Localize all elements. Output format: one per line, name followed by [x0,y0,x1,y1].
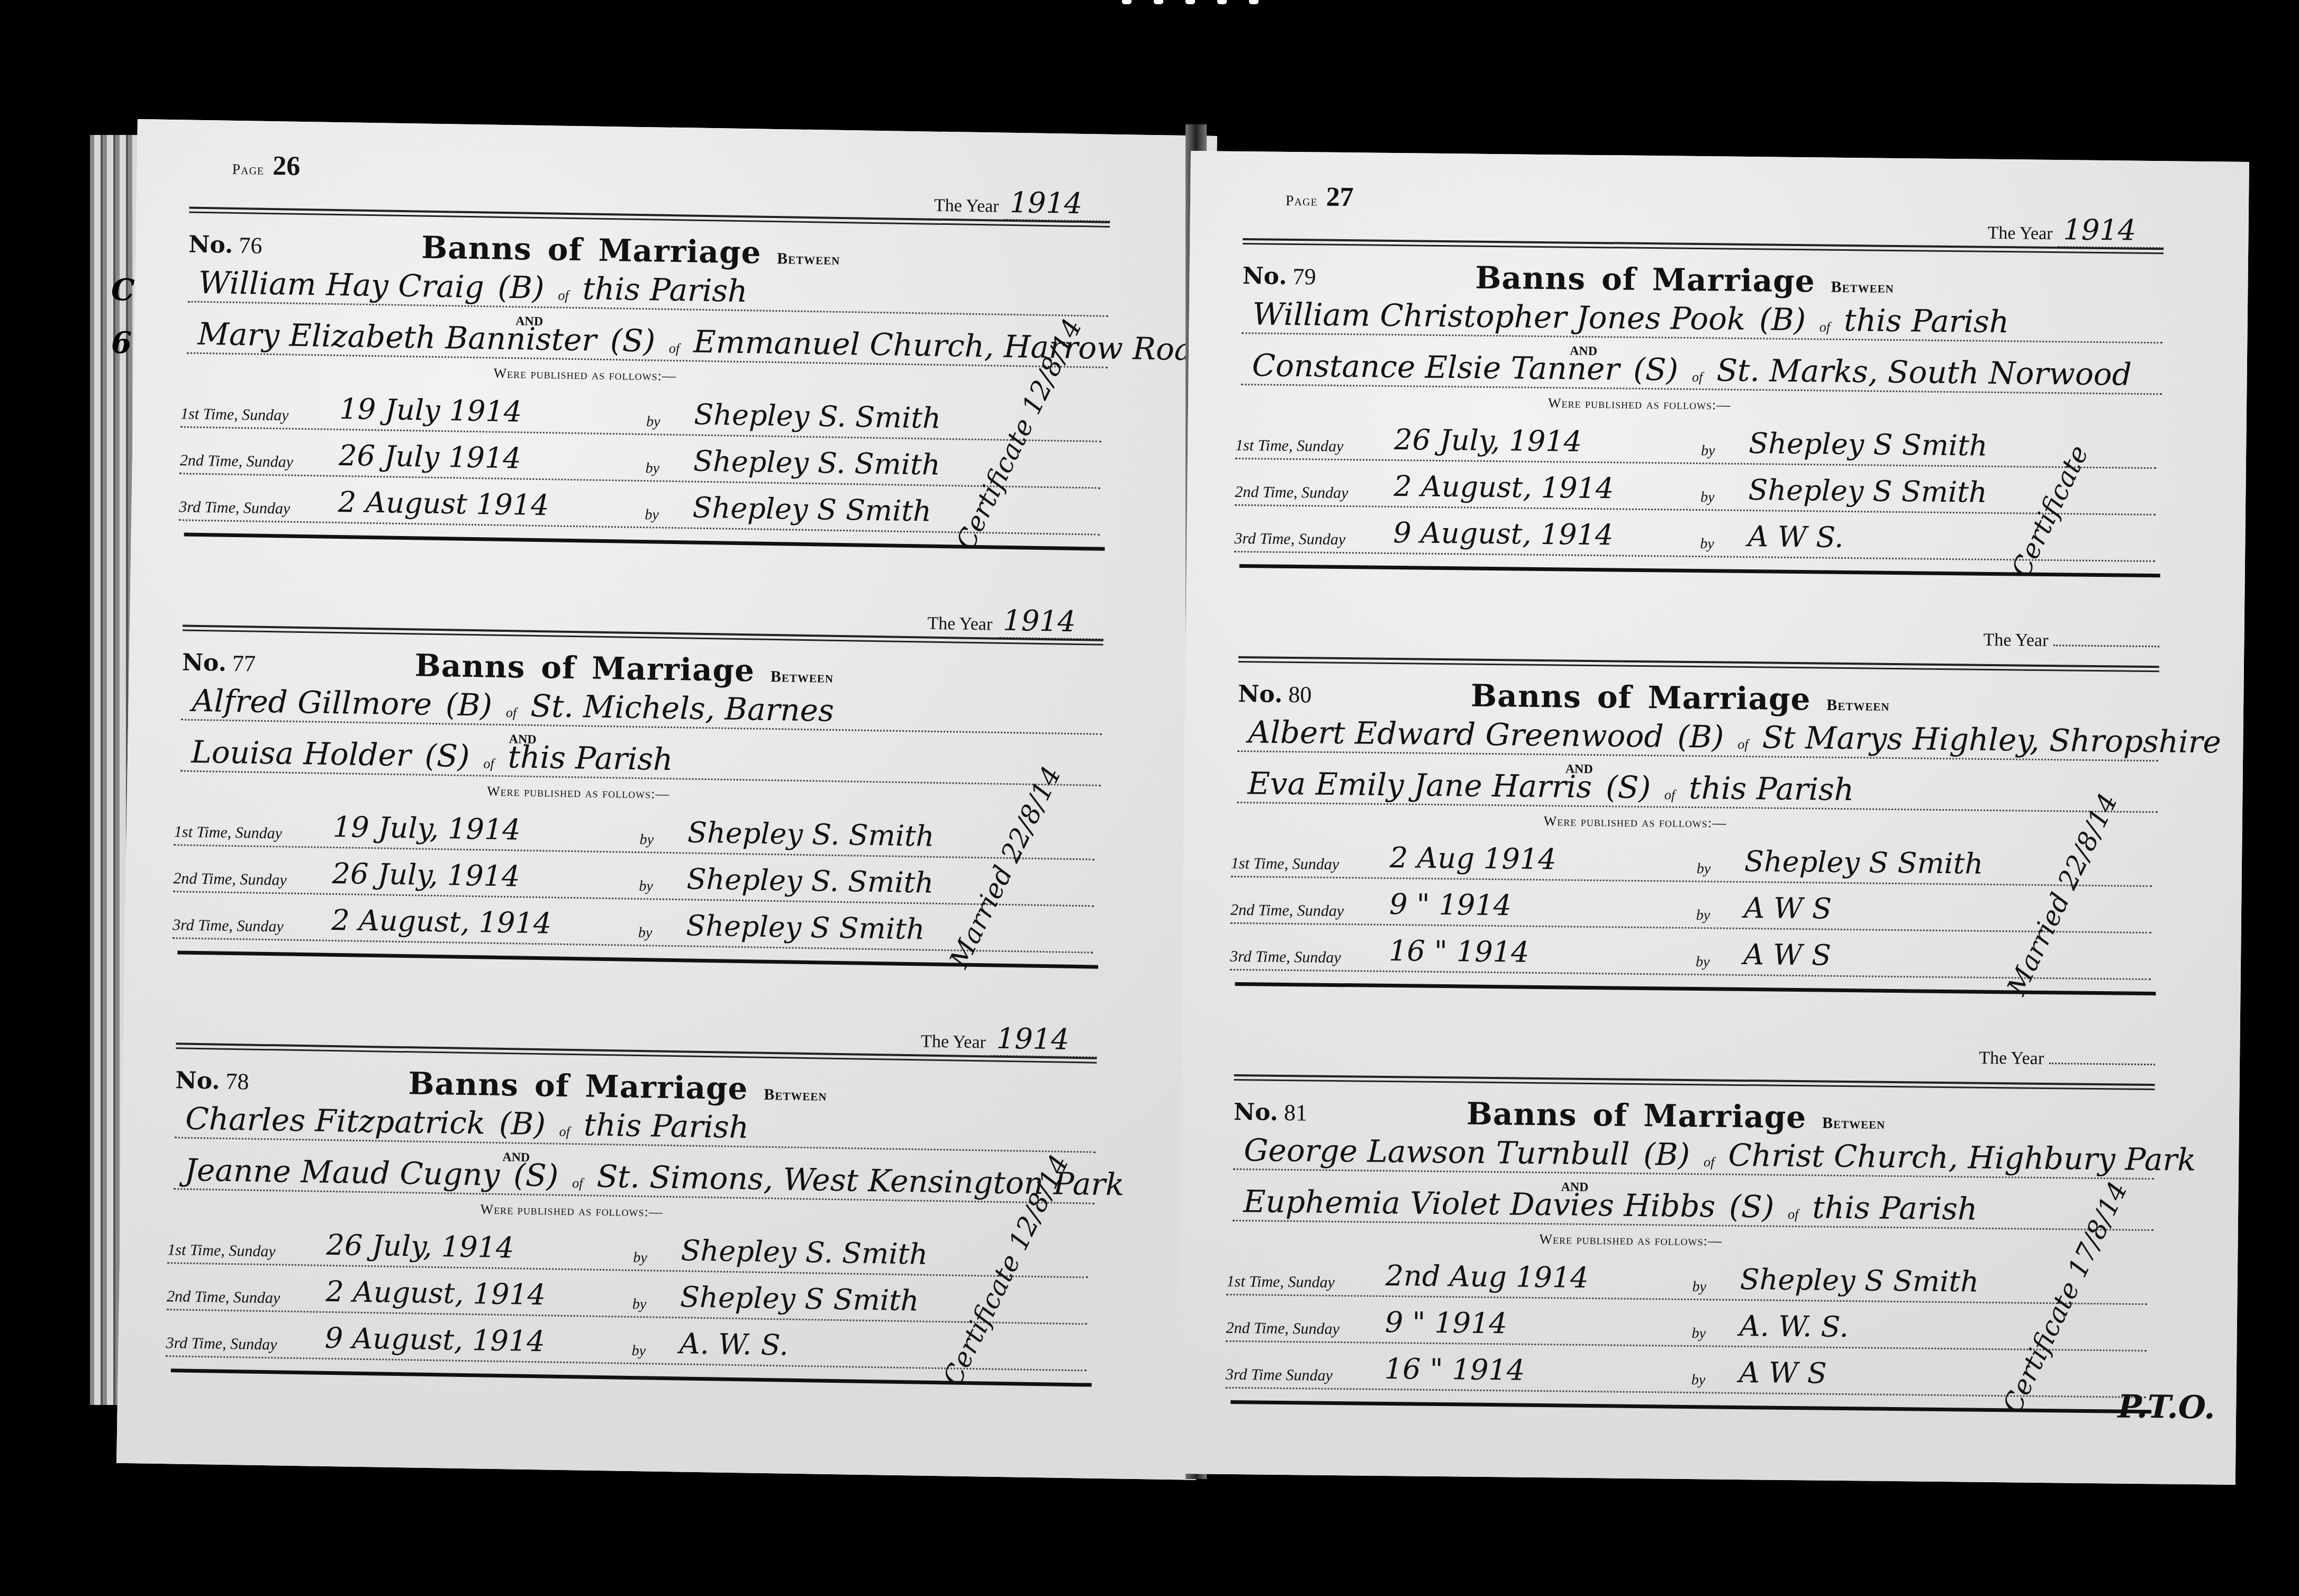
party2-status: (S) [1606,772,1651,803]
party2-name: Louisa Holder [191,737,411,771]
party2-place: this Parish [1812,1192,1977,1224]
entry-number: No. 80 [1238,681,1312,708]
title-between: Between [764,1086,827,1105]
entry-number: No. 79 [1242,262,1316,290]
published-by: Shepley S Smith [686,909,925,946]
title-marriage: Marriage [585,1068,748,1107]
title-between: Between [1831,278,1894,297]
by-label: by [631,1343,679,1360]
title-of: of [547,231,583,268]
party1-name: William Christopher Jones Pook [1252,298,1745,334]
by-label: by [1701,442,1749,460]
published-by: Shepley S. Smith [694,398,941,435]
by-label: by [1696,907,1744,924]
publication-label: 1st Time, Sunday [1226,1273,1385,1292]
year-label: The Year [927,614,992,635]
frame-mark [1217,0,1227,4]
year-value: 1914 [998,604,1104,640]
publication-row: 1st Time, Sunday26 July, 1914byShepley S… [1235,416,2157,469]
publication-label: 3rd Time, Sunday [173,916,331,937]
published-by: A W S. [1748,520,1844,554]
number-label: No. [188,231,233,259]
title-of: of [534,1067,569,1104]
banns-entry: The Year No. 80 Banns of Marriage Betwee… [1234,622,2159,1055]
by-label: by [646,413,694,431]
published-by: Shepley S. Smith [686,862,934,899]
party1-name: William Hay Craig [198,267,484,302]
party1-of-label: of [1737,737,1749,752]
party2-line: Louisa Holder (S) of this Parish [180,729,1102,786]
publication-date: 26 July 1914 [339,439,646,477]
number-value: 76 [239,232,263,259]
year-row: The Year 1914 [934,185,1110,222]
publication-label: 3rd Time, Sunday [166,1334,324,1355]
year-row: The Year 1914 [921,1020,1098,1058]
party1-status: (B) [1677,721,1724,752]
party2-line: Jeanne Maud Cugny (S) of St. Simons, Wes… [174,1147,1095,1204]
year-label: The Year [1983,630,2048,651]
publication-date: 9 August, 1914 [1393,516,1700,552]
published-by: A W S [1743,938,1831,972]
party1-status: (B) [1759,304,1806,335]
title-marriage: Marriage [1643,1098,1807,1135]
party1-place: this Parish [582,273,748,306]
year-value: 1914 [1004,186,1110,222]
entry-title: Banns of Marriage Between [1471,678,1890,718]
party2-line: Euphemia Violet Davies Hibbs (S) of this… [1233,1179,2154,1231]
year-row: The Year [1983,630,2159,652]
publication-date: 2 Aug 1914 [1390,841,1697,877]
by-label: by [632,1296,680,1313]
publication-date: 16 " 1914 [1389,934,1696,971]
party1-status: (B) [1643,1139,1690,1170]
party2-of-label: of [1788,1207,1799,1222]
by-label: by [638,924,686,942]
party2-place: this Parish [508,741,673,775]
publication-date: 26 July, 1914 [1394,423,1701,459]
party1-line: William Christopher Jones Pook (B) of th… [1242,292,2163,343]
party1-of-label: of [559,1124,570,1140]
published-label: Were published as follows:— [487,784,670,802]
party1-of-label: of [506,705,517,721]
publication-label: 1st Time, Sunday [174,823,333,844]
frame-mark [1154,0,1163,4]
party2-line: Eva Emily Jane Harris (S) of this Parish [1237,761,2158,813]
number-label: No. [1234,1099,1279,1126]
title-between: Between [771,668,834,687]
published-label: Were published as follows:— [493,366,676,384]
published-by: Shepley S. Smith [681,1234,928,1271]
party2-of-label: of [483,756,494,772]
entry-title: Banns of Marriage Between [1475,260,1894,300]
year-row: The Year 1914 [1987,212,2164,249]
year-label: The Year [1979,1048,2044,1069]
left-page: Page26 The Year 1914 No. 76 Banns of Mar… [116,119,1217,1480]
publication-date: 9 " 1914 [1385,1305,1692,1342]
party1-line: Alfred Gillmore (B) of St. Michels, Barn… [181,678,1102,734]
party2-status: (S) [610,325,656,356]
party1-name: George Lawson Turnbull [1244,1135,1630,1169]
publication-date: 2 August, 1914 [331,903,639,941]
party2-line: Constance Elsie Tanner (S) of St. Marks,… [1241,343,2162,395]
title-banns: Banns [408,1065,519,1103]
published-label: Were published as follows:— [1544,813,1727,831]
by-label: by [1692,1278,1740,1296]
published-by: A. W. S. [1739,1309,1849,1344]
party1-name: Alfred Gillmore [192,685,432,720]
party1-line: Albert Edward Greenwood (B) of St Marys … [1237,710,2159,761]
publication-date: 26 July, 1914 [332,857,639,895]
title-banns: Banns [1471,678,1581,715]
party1-place: this Parish [1844,305,2009,337]
by-label: by [639,878,686,895]
number-value: 79 [1292,264,1316,289]
publication-label: 3rd Time, Sunday [1230,948,1389,967]
pto-note: P.T.O. [2117,1388,2215,1426]
published-by: Shepley S Smith [680,1280,919,1317]
party1-status: (B) [446,689,493,720]
publication-label: 2nd Time, Sunday [1226,1319,1385,1339]
entry-title: Banns of Marriage Between [1467,1096,1886,1136]
by-label: by [633,1249,681,1267]
party1-line: Charles Fitzpatrick (B) of this Parish [175,1096,1096,1153]
entry-number: No. 76 [188,231,263,259]
entry-number: No. 78 [175,1067,249,1095]
number-value: 81 [1284,1100,1308,1126]
published-by: Shepley S Smith [1749,427,1988,463]
double-rule [1238,656,2159,672]
year-value: 1914 [991,1022,1097,1058]
published-label: Were published as follows:— [1548,395,1731,413]
year-label: The Year [1987,223,2052,244]
title-of: of [1597,679,1632,715]
entry-number: No. 77 [182,649,256,677]
party1-line: William Hay Craig (B) of this Parish [188,260,1109,317]
party1-place: St. Michels, Barnes [530,691,834,726]
number-label: No. [1238,681,1283,708]
party1-of-label: of [558,288,569,304]
frame-mark [1122,0,1132,4]
published-by: A W S [1739,1356,1827,1390]
publication-row: 2nd Time, Sunday9 " 1914byA. W. S. [1226,1299,2147,1352]
publication-label: 1st Time, Sunday [180,405,339,425]
party1-status: (B) [497,272,545,303]
party2-of-label: of [1664,787,1676,803]
banns-entry: The Year 1914 No. 77 Banns of Marriage B… [176,591,1103,1028]
publication-date: 9 August, 1914 [324,1321,632,1359]
published-by: Shepley S Smith [692,491,931,528]
publication-date: 19 July 1914 [339,392,647,430]
year-value [2053,645,2159,647]
publication-label: 2nd Time, Sunday [1235,483,1393,503]
party1-place: Christ Church, Highbury Park [1728,1140,2196,1175]
by-label: by [1700,489,1748,506]
publication-date: 2 August, 1914 [1393,469,1701,506]
published-by: Shepley S. Smith [693,445,940,482]
party1-of-label: of [1704,1154,1715,1170]
year-label: The Year [921,1031,986,1053]
title-banns: Banns [1475,260,1586,297]
title-of: of [1592,1097,1627,1133]
margin-mark: 6 [111,325,132,360]
frame-mark [1185,0,1195,4]
party2-status: (S) [424,740,470,772]
party2-name: Mary Elizabeth Bannister [197,319,596,356]
title-banns: Banns [421,229,532,267]
by-label: by [1700,536,1748,553]
publication-date: 2nd Aug 1914 [1385,1259,1692,1295]
party1-line: George Lawson Turnbull (B) of Christ Chu… [1233,1128,2155,1180]
year-row: The Year [1979,1048,2155,1070]
number-value: 80 [1288,682,1312,708]
number-value: 77 [232,650,256,677]
party1-name: Charles Fitzpatrick [185,1103,486,1139]
banns-entry: The Year 1914 No. 78 Banns of Marriage B… [170,1009,1097,1446]
published-by: A. W. S. [679,1327,789,1362]
party2-name: Constance Elsie Tanner [1252,350,1619,384]
publication-row: 1st Time, Sunday2 Aug 1914byShepley S Sm… [1231,834,2152,887]
publication-label: 2nd Time, Sunday [180,451,339,472]
party2-status: (S) [1633,354,1679,385]
party2-status: (S) [1729,1191,1775,1222]
publication-label: 1st Time, Sunday [1235,437,1394,456]
party2-of-label: of [1692,369,1703,385]
party1-place: St Marys Highley, Shropshire [1762,722,2221,757]
published-label: Were published as follows:— [1539,1231,1722,1249]
title-between: Between [1822,1114,1886,1133]
by-label: by [1697,860,1744,878]
title-of: of [541,649,576,686]
double-rule [1234,1074,2155,1090]
title-between: Between [1826,696,1890,715]
by-label: by [1691,1372,1739,1389]
published-by: Shepley S Smith [1748,473,1987,509]
publication-label: 1st Time, Sunday [1231,855,1390,874]
published-by: Shepley S Smith [1740,1263,1979,1299]
party2-name: Jeanne Maud Cugny [184,1155,500,1190]
publication-date: 26 July, 1914 [326,1228,633,1266]
party2-of-label: of [572,1175,583,1191]
year-label: The Year [934,196,999,217]
published-by: A W S [1744,891,1832,926]
by-label: by [639,831,687,849]
year-value [2049,1063,2155,1065]
number-label: No. [175,1067,220,1094]
publication-label: 3rd Time Sunday [1226,1366,1384,1385]
publication-label: 2nd Time, Sunday [1230,901,1389,921]
published-label: Were published as follows:— [480,1201,663,1220]
publication-date: 2 August, 1914 [325,1275,633,1313]
film-frame-marks [1122,0,1259,4]
party1-place: this Parish [584,1109,749,1142]
by-label: by [1696,954,1743,971]
title-banns: Banns [414,647,526,685]
banns-register-book: C 6 Page26 The Year 1914 No. 76 Banns of… [79,114,2223,1500]
party2-of-label: of [669,341,680,357]
published-by: Shepley S Smith [1744,845,1984,881]
party1-status: (B) [499,1108,546,1139]
published-by: Shepley S. Smith [687,815,934,853]
publication-row: 2nd Time, Sunday9 " 1914byA W S [1230,881,2152,933]
title-marriage: Marriage [1648,679,1811,717]
banns-entry: The Year No. 81 Banns of Marriage Betwee… [1230,1040,2155,1473]
title-between: Between [777,250,840,269]
publication-row: 2nd Time, Sunday2 August, 1914byShepley … [1235,463,2156,515]
title-marriage: Marriage [592,650,755,689]
by-label: by [645,506,692,524]
by-label: by [1691,1325,1739,1343]
publication-date: 2 August 1914 [338,485,645,523]
title-of: of [1601,261,1636,297]
title-banns: Banns [1467,1096,1577,1133]
publication-label: 2nd Time, Sunday [167,1287,325,1308]
number-label: No. [182,649,227,676]
by-label: by [645,460,693,477]
title-marriage: Marriage [1652,261,1815,299]
publication-label: 2nd Time, Sunday [173,869,332,890]
publication-date: 16 " 1914 [1384,1352,1692,1389]
publication-row: 1st Time, Sunday2nd Aug 1914byShepley S … [1226,1252,2148,1305]
party2-status: (S) [513,1159,559,1191]
year-row: The Year 1914 [927,603,1104,640]
banns-entry: The Year 1914 No. 76 Banns of Marriage B… [183,173,1110,611]
number-label: No. [1242,262,1287,290]
number-value: 78 [225,1068,249,1095]
publication-date: 9 " 1914 [1389,887,1697,924]
party2-place: Emmanuel Church, Harrow Road [693,327,1212,365]
party1-of-label: of [1820,319,1831,335]
banns-entry: The Year 1914 No. 79 Banns of Marriage B… [1239,204,2164,637]
right-page: Page27 The Year 1914 No. 79 Banns of Mar… [1177,151,2249,1485]
party2-name: Eva Emily Jane Harris [1247,768,1592,802]
publication-label: 3rd Time, Sunday [179,498,338,519]
frame-mark [1249,0,1259,4]
publication-date: 19 July, 1914 [333,810,640,848]
year-value: 1914 [2058,213,2164,249]
party2-name: Euphemia Violet Davies Hibbs [1243,1186,1716,1221]
publication-label: 1st Time, Sunday [167,1241,326,1262]
party2-place: St. Marks, South Norwood [1716,355,2132,389]
party2-place: this Parish [1689,773,1854,805]
party2-line: Mary Elizabeth Bannister (S) of Emmanuel… [187,312,1108,368]
title-marriage: Marriage [598,232,762,271]
publication-label: 3rd Time, Sunday [1234,530,1393,549]
entry-number: No. 81 [1234,1099,1308,1126]
party1-name: Albert Edward Greenwood [1248,717,1664,751]
margin-mark: C [111,273,135,307]
